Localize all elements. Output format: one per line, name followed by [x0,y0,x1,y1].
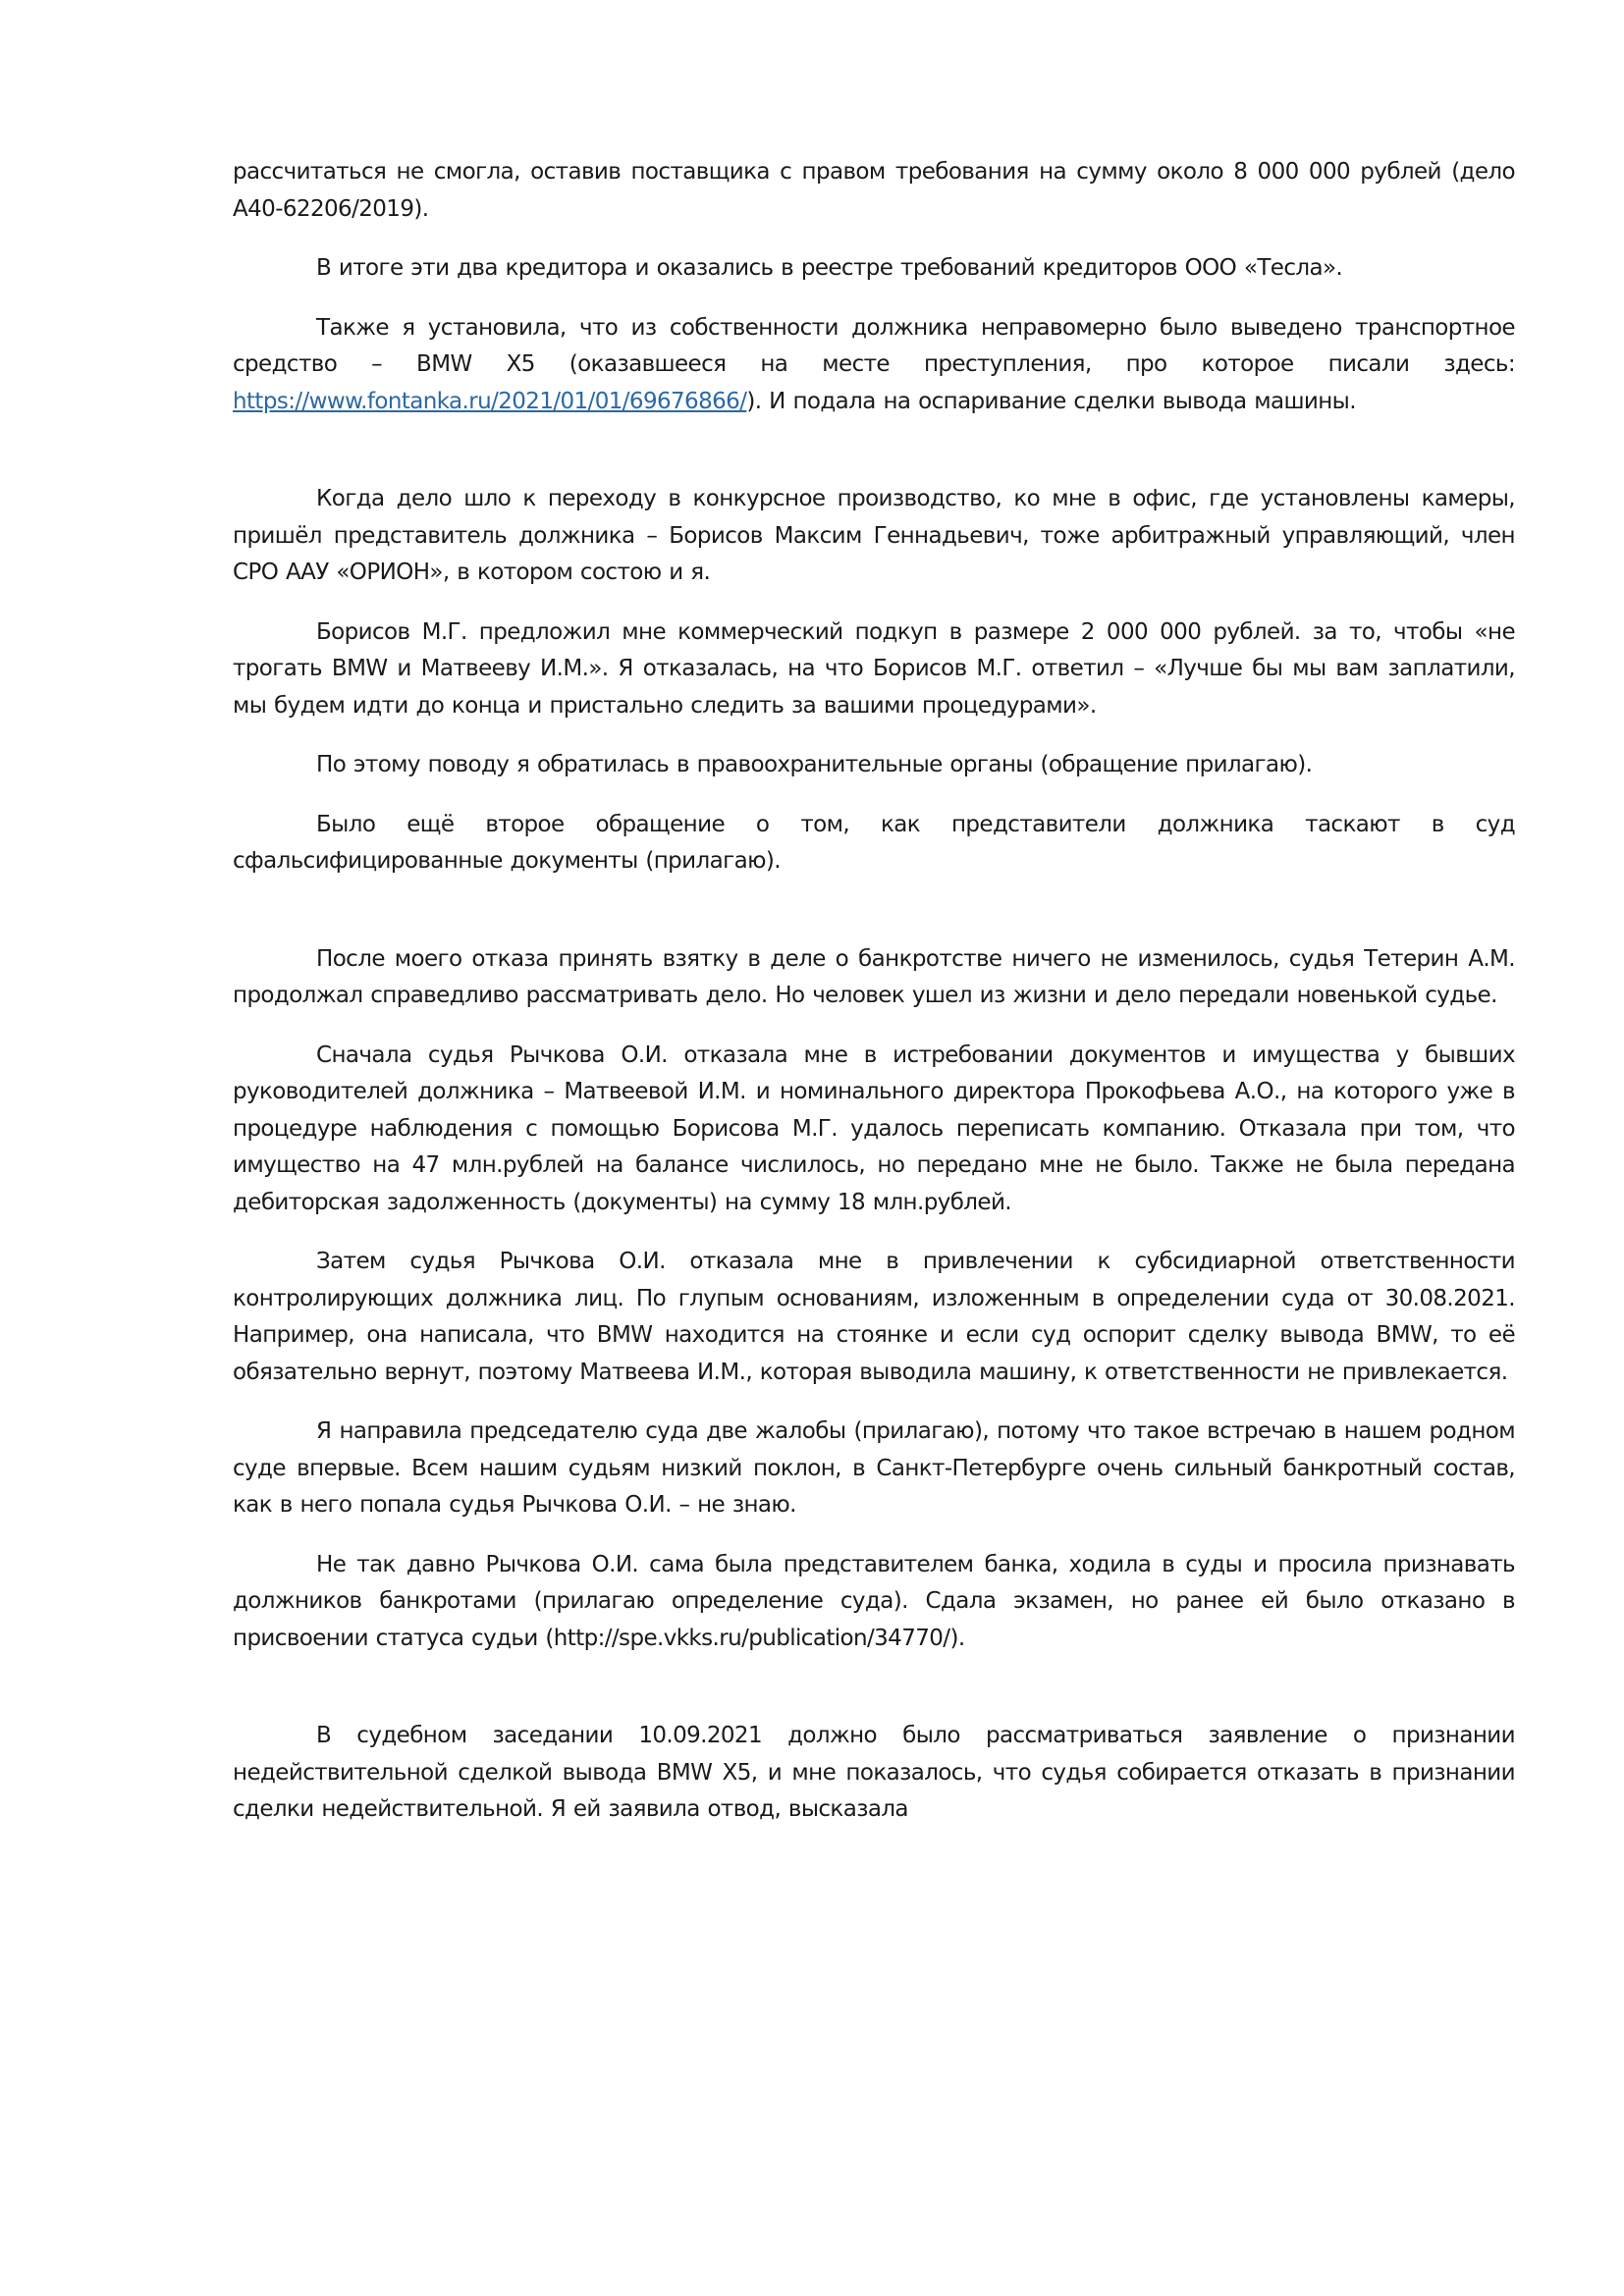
paragraph-court-session: В судебном заседании 10.09.2021 должно б… [233,1718,1515,1829]
paragraph-bribe-offer: Борисов М.Г. предложил мне коммерческий … [233,614,1515,725]
document-page: рассчитаться не смогла, оставив поставщи… [233,154,1515,1829]
paragraph-creditor-debt: рассчитаться не смогла, оставив поставщи… [233,154,1515,228]
paragraph-second-appeal: Было ещё второе обращение о том, как пре… [233,807,1515,881]
bmw-text-after-link: ). И подала на оспаривание сделки вывода… [746,389,1356,414]
paragraph-complaints: Я направила председателю суда две жалобы… [233,1414,1515,1524]
paragraph-creditors-registry: В итоге эти два кредитора и оказались в … [233,250,1515,288]
paragraph-document-demand-refusal: Сначала судья Рычкова О.И. отказала мне … [233,1038,1515,1222]
fontanka-link[interactable]: https://www.fontanka.ru/2021/01/01/69676… [233,389,746,414]
paragraph-bmw-withdrawal: Также я установила, что из собственности… [233,310,1515,421]
bmw-text-before-link: Также я установила, что из собственности… [233,315,1515,378]
paragraph-judge-background: Не так давно Рычкова О.И. сама была пред… [233,1547,1515,1658]
paragraph-judge-change: После моего отказа принять взятку в деле… [233,941,1515,1015]
paragraph-law-enforcement-appeal: По этому поводу я обратилась в правоохра… [233,747,1515,784]
paragraph-debtor-representative-visit: Когда дело шло к переходу в конкурсное п… [233,481,1515,592]
paragraph-subsidiary-liability-refusal: Затем судья Рычкова О.И. отказала мне в … [233,1244,1515,1391]
